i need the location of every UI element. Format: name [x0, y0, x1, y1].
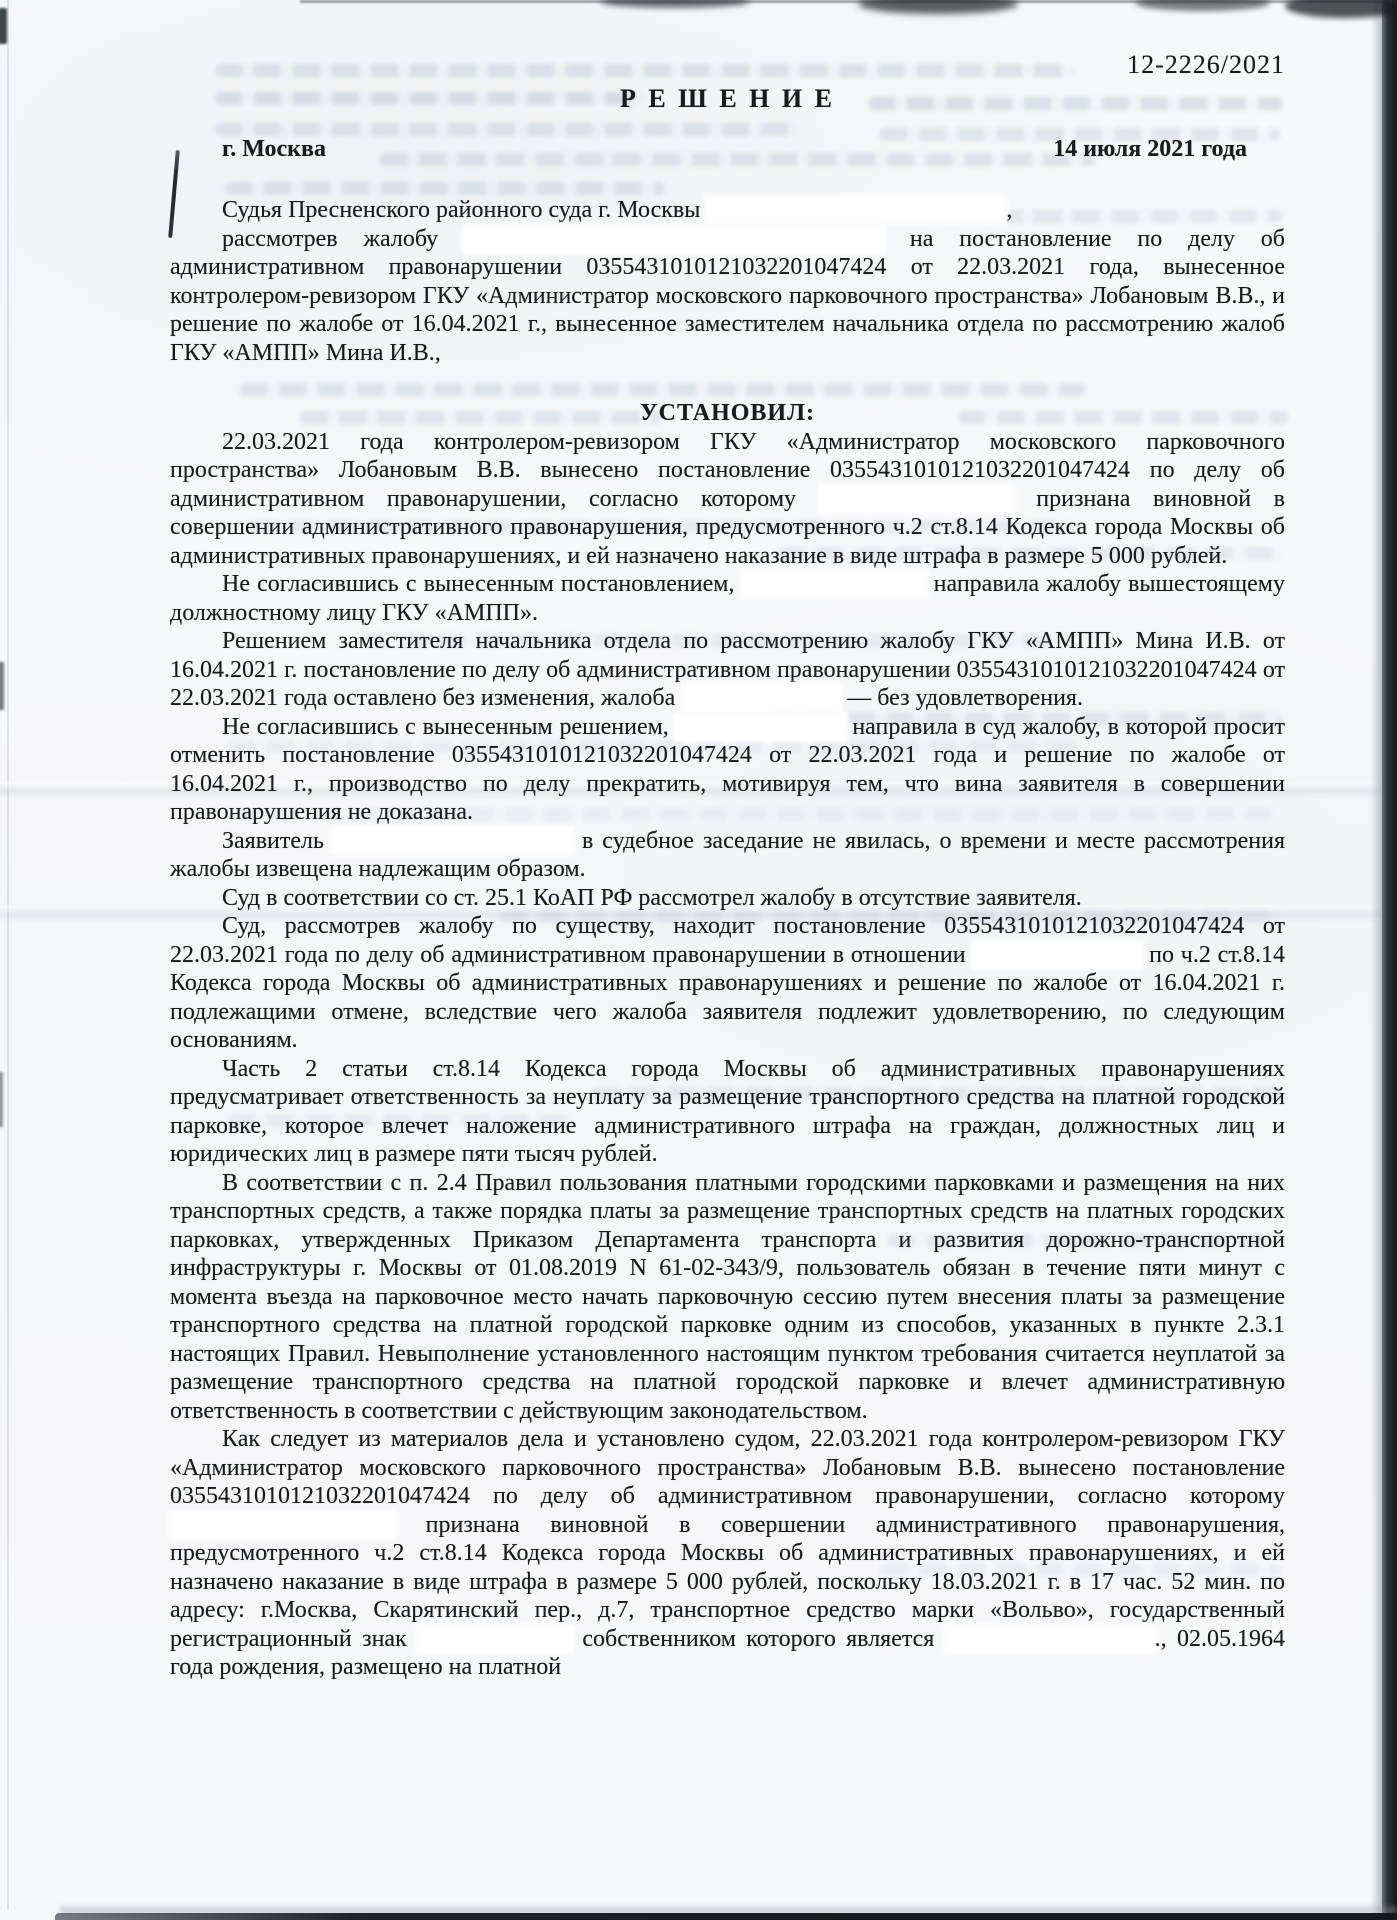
edge-mark — [0, 1072, 3, 1127]
redaction-box — [681, 685, 841, 711]
edge-mark — [0, 662, 4, 710]
document-paragraph: Решением заместителя начальника отдела п… — [170, 627, 1285, 713]
document-title: Р Е Ш Е Н И Е — [170, 84, 1285, 114]
document-paragraph: В соответствии с п. 2.4 Правил пользован… — [170, 1169, 1285, 1426]
document-paragraph: Не согласившись с вынесенным решением, н… — [170, 713, 1285, 827]
scanner-edge-right — [1382, 0, 1397, 1920]
document-paragraph: Судья Пресненского районного суда г. Мос… — [170, 196, 1285, 225]
redaction-box — [464, 226, 884, 252]
redaction-box — [819, 486, 1014, 512]
document-paragraph: Не согласившись с вынесенным постановлен… — [170, 570, 1285, 627]
date-label: 14 июля 2021 года — [1053, 136, 1247, 163]
redaction-box — [706, 197, 1006, 223]
document-paragraph: Суд, рассмотрев жалобу по существу, нахо… — [170, 912, 1285, 1055]
document-paragraph: Как следует из материалов дела и установ… — [170, 1425, 1285, 1682]
redaction-box — [170, 1512, 395, 1538]
document-paragraph: рассмотрев жалобу на постановление по де… — [170, 225, 1285, 368]
redaction-box — [333, 828, 573, 854]
place-date-row: г. Москва 14 июля 2021 года — [170, 136, 1285, 163]
document-paragraph: Часть 2 статьи ст.8.14 Кодекса города Мо… — [170, 1055, 1285, 1169]
document-body: Судья Пресненского районного суда г. Мос… — [170, 196, 1285, 1682]
redaction-box — [417, 1626, 572, 1652]
paper-seam — [7, 0, 9, 1910]
section-heading: УСТАНОВИЛ: — [170, 399, 1285, 428]
scanned-court-decision: { "document": { "case_number": "12-2226/… — [0, 0, 1397, 1920]
bleedthrough-line — [215, 123, 800, 136]
document-paragraph: 22.03.2021 года контролером-ревизором ГК… — [170, 428, 1285, 571]
document-paragraph: Суд в соответствии со ст. 25.1 КоАП РФ р… — [170, 884, 1285, 913]
bleedthrough-line — [225, 182, 665, 195]
redaction-box — [742, 571, 927, 597]
edge-mark — [0, 8, 7, 44]
redaction-box — [945, 1626, 1155, 1652]
document-paragraph: Заявитель в судебное заседание не явилас… — [170, 827, 1285, 884]
city-label: г. Москва — [222, 136, 326, 163]
redaction-box — [676, 714, 846, 740]
case-number: 12-2226/2021 — [170, 50, 1285, 80]
scanner-edge-bottom — [55, 1913, 1397, 1920]
redaction-box — [972, 942, 1142, 968]
